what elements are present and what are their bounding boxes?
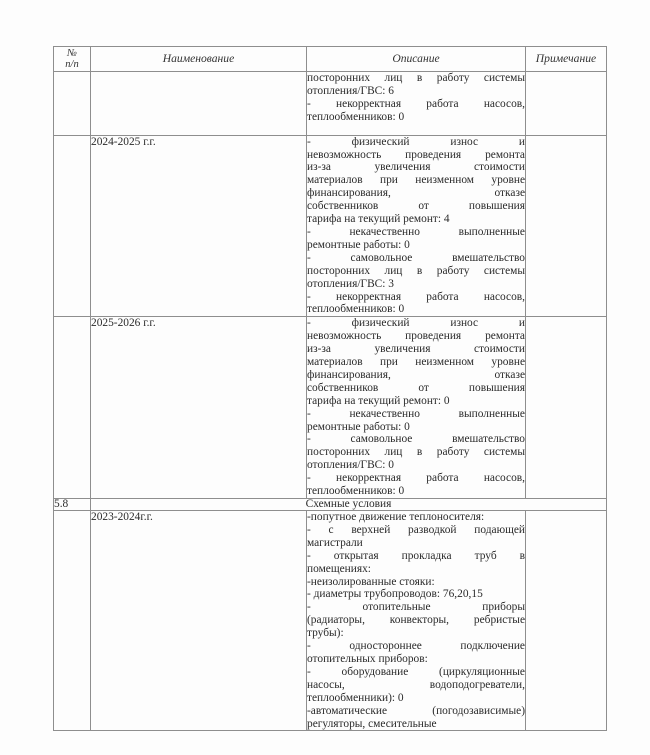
description-line: ремонтные работы: 0 <box>307 239 525 252</box>
description-line: из-за увеличения стоимости <box>307 161 525 174</box>
description-line: - самовольное вмешательство <box>307 252 525 265</box>
description-line: посторонних лиц в работу системы <box>307 265 525 278</box>
description-line: собственников от повышения <box>307 382 525 395</box>
row-description: -попутное движение теплоносителя:- с вер… <box>307 511 526 731</box>
header-name: Наименование <box>91 47 307 72</box>
description-line: -попутное движение теплоносителя: <box>307 511 525 524</box>
description-line: - физический износ и <box>307 317 525 330</box>
description-line: теплообменников: 0 <box>307 111 525 124</box>
description-line: теплообменники): 0 <box>307 692 525 705</box>
table-row: 2025-2026 г.г. - физический износ иневоз… <box>54 317 607 499</box>
description-line: - самовольное вмешательство <box>307 433 525 446</box>
description-line: - диаметры трубопроводов: 76,20,15 <box>307 588 525 601</box>
description-line: - некорректная работа насосов, <box>307 291 525 304</box>
description-line: тарифа на текущий ремонт: 4 <box>307 213 525 226</box>
row-note <box>526 317 607 499</box>
row-name <box>91 72 307 136</box>
description-line: невозможность проведения ремонта <box>307 149 525 162</box>
section-row: 5.8 Схемные условия <box>54 499 607 511</box>
row-description: - физический износ иневозможность провед… <box>307 317 526 499</box>
row-num <box>54 135 91 317</box>
section-title: Схемные условия <box>91 499 607 511</box>
section-num: 5.8 <box>54 499 91 511</box>
table-row: 2023-2024г.г. -попутное движение теплоно… <box>54 511 607 731</box>
row-note <box>526 72 607 136</box>
description-line: материалов при неизменном уровне <box>307 356 525 369</box>
row-num <box>54 511 91 731</box>
description-line: -автоматические (погодозависимые) <box>307 705 525 718</box>
table-row: посторонних лиц в работу системыотоплени… <box>54 72 607 136</box>
row-description: посторонних лиц в работу системыотоплени… <box>307 72 526 136</box>
row-num <box>54 317 91 499</box>
row-note <box>526 511 607 731</box>
description-line: из-за увеличения стоимости <box>307 343 525 356</box>
description-line: помещениях: <box>307 563 525 576</box>
description-line: - открытая прокладка труб в <box>307 550 525 563</box>
table-header-row: № п/п Наименование Описание Примечание <box>54 47 607 72</box>
description-line: магистрали <box>307 537 525 550</box>
row-description: - физический износ иневозможность провед… <box>307 135 526 317</box>
description-line: собственников от повышения <box>307 200 525 213</box>
description-line: отопления/ГВС: 3 <box>307 278 525 291</box>
header-note: Примечание <box>526 47 607 72</box>
description-line: регуляторы, смесительные <box>307 718 525 731</box>
description-line: финансирования, отказе <box>307 369 525 382</box>
description-line: финансирования, отказе <box>307 187 525 200</box>
description-line: материалов при неизменном уровне <box>307 174 525 187</box>
document-page: № п/п Наименование Описание Примечание п… <box>0 0 650 755</box>
description-line: невозможность проведения ремонта <box>307 330 525 343</box>
description-line: отопления/ГВС: 0 <box>307 459 525 472</box>
description-line: - одностороннее подключение <box>307 640 525 653</box>
description-line: - некачественно выполненные <box>307 408 525 421</box>
description-line: - физический износ и <box>307 136 525 149</box>
description-line: посторонних лиц в работу системы <box>307 72 525 85</box>
row-num <box>54 72 91 136</box>
header-num: № п/п <box>54 47 91 72</box>
description-line: отопления/ГВС: 6 <box>307 85 525 98</box>
conditions-table: № п/п Наименование Описание Примечание п… <box>53 46 607 731</box>
description-line: посторонних лиц в работу системы <box>307 446 525 459</box>
description-line: теплообменников: 0 <box>307 303 525 316</box>
description-line: - некорректная работа насосов, <box>307 472 525 485</box>
description-line: ремонтные работы: 0 <box>307 421 525 434</box>
row-name: 2023-2024г.г. <box>91 511 307 731</box>
description-line: - отопительные приборы <box>307 601 525 614</box>
description-line: - некачественно выполненные <box>307 226 525 239</box>
description-line: - оборудование (циркуляционные <box>307 666 525 679</box>
row-note <box>526 135 607 317</box>
row-name: 2024-2025 г.г. <box>91 135 307 317</box>
description-line: трубы): <box>307 627 525 640</box>
row-name: 2025-2026 г.г. <box>91 317 307 499</box>
table-row: 2024-2025 г.г. - физический износ иневоз… <box>54 135 607 317</box>
header-description: Описание <box>307 47 526 72</box>
description-line: - некорректная работа насосов, <box>307 98 525 111</box>
description-line: -неизолированные стояки: <box>307 576 525 589</box>
description-line: - с верхней разводкой подающей <box>307 524 525 537</box>
description-line: тарифа на текущий ремонт: 0 <box>307 395 525 408</box>
description-line: теплообменников: 0 <box>307 485 525 498</box>
description-line: насосы, водоподогреватели, <box>307 679 525 692</box>
description-line: отопительных приборов: <box>307 653 525 666</box>
description-line: (радиаторы, конвекторы, ребристые <box>307 614 525 627</box>
